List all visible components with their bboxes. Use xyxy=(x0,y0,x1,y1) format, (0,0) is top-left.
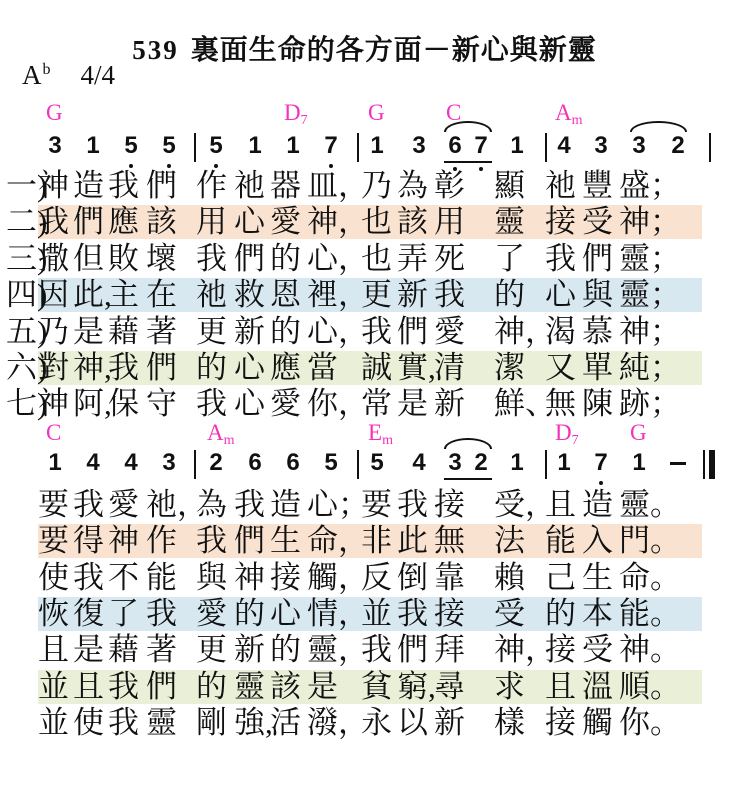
lyric-char: 靈 xyxy=(234,669,265,705)
lyric-char: 乃 xyxy=(38,314,69,350)
lyric-char: 觸 xyxy=(582,705,613,741)
hymn-sheet: 539裏面生命的各方面－新心與新靈 Ab4/4 GD7GCAm 31555117… xyxy=(0,0,729,796)
lyric-char: 的 xyxy=(270,632,301,668)
lyric-char: 們 xyxy=(146,669,177,705)
note-digit: 6 xyxy=(442,131,468,161)
lyric-char: 豐 xyxy=(582,168,613,204)
lyric-char: 我 xyxy=(146,596,177,632)
lyric-char: 更 xyxy=(196,314,227,350)
note-digit: 1 xyxy=(80,131,106,161)
lyric-char: 剛 xyxy=(196,705,227,741)
lyric-char: 無 xyxy=(434,523,465,559)
lyric-char: 的 xyxy=(545,596,576,632)
lyric-char: 用 xyxy=(196,204,227,240)
lyric-char: 當 xyxy=(307,350,338,386)
lyric-char: 要 xyxy=(38,523,69,559)
note-digit: 6 xyxy=(242,448,268,478)
lyric-char: 靈 xyxy=(146,705,177,741)
lyric-char: 我 xyxy=(196,523,227,559)
verse-row: 並使我靈剛強,活潑，永以新樣接觸你。 xyxy=(0,705,729,741)
lyric-char: 靈。 xyxy=(619,487,681,523)
verse-row: 六)對神,我們的心應當誠實,清潔又單純； xyxy=(0,350,729,386)
lyric-char: 主 xyxy=(108,277,139,313)
lyric-char: 生 xyxy=(270,523,301,559)
lyric-char: 受 xyxy=(494,596,525,632)
lyric-char: 窮, xyxy=(397,669,436,705)
key-signature: Ab4/4 xyxy=(22,60,115,91)
note-digit: 1 xyxy=(42,448,68,478)
verse-row: 二)我們應該用心愛神，也該用靈接受神； xyxy=(0,204,729,240)
lyric-char: 要 xyxy=(361,487,392,523)
verse-row: 恢復了我愛的心情，並我接受的本能。 xyxy=(0,596,729,632)
chord-label: D7 xyxy=(284,100,308,129)
note-digit: 7 xyxy=(588,448,614,478)
lyric-char: 心， xyxy=(307,314,369,350)
lyric-char: 命。 xyxy=(619,560,681,596)
lyric-char: 接 xyxy=(545,204,576,240)
lyric-char: 法 xyxy=(494,523,525,559)
lyric-char: 的 xyxy=(196,350,227,386)
lyric-char: 我 xyxy=(234,487,265,523)
note-digit: 4 xyxy=(406,448,432,478)
lyric-char: 你， xyxy=(307,386,369,422)
lyric-char: 神 xyxy=(234,560,265,596)
note-digit: 5 xyxy=(203,131,229,161)
lyric-char: 神； xyxy=(619,204,681,240)
verse-row: 要得神作我們生命，非此無法能入門。 xyxy=(0,523,729,559)
lyric-char: 神 xyxy=(108,523,139,559)
lyric-char: 與 xyxy=(196,560,227,596)
chord-suffix: m xyxy=(224,433,235,448)
lyric-char: 心 xyxy=(545,277,576,313)
lyric-char: 又 xyxy=(545,350,576,386)
lyric-char: 心 xyxy=(270,596,301,632)
lyric-char: 新 xyxy=(234,632,265,668)
lyric-char: 神 xyxy=(38,168,69,204)
lyric-char: 是 xyxy=(397,386,428,422)
lyric-char: 救 xyxy=(234,277,265,313)
lyric-char: 心 xyxy=(234,386,265,422)
lyric-char: 樣 xyxy=(494,705,525,741)
lyric-char: 且 xyxy=(38,632,69,668)
chord-suffix: m xyxy=(382,433,393,448)
lyric-char: 接 xyxy=(434,487,465,523)
note-digit: 1 xyxy=(364,131,390,161)
lyric-char: 能。 xyxy=(619,596,681,632)
lyric-char: 生 xyxy=(582,560,613,596)
note-digit: 3 xyxy=(626,131,652,161)
lyric-char: 造 xyxy=(582,487,613,523)
chord-label: D7 xyxy=(555,420,579,449)
lyric-char: 且 xyxy=(545,487,576,523)
lyric-char: 乃 xyxy=(361,168,392,204)
note-digit: 3 xyxy=(442,448,468,478)
lyric-char: 敗 xyxy=(108,241,139,277)
lyric-char: 觸， xyxy=(307,560,369,596)
lyric-char: 我 xyxy=(73,487,104,523)
eighth-beam xyxy=(444,478,492,480)
lyric-char: 拜 xyxy=(434,632,465,668)
chord-label: G xyxy=(46,100,63,126)
lyric-char: 慕 xyxy=(582,314,613,350)
lyric-char: 此, xyxy=(73,277,112,313)
lyric-char: 本 xyxy=(582,596,613,632)
lyric-char: 我 xyxy=(196,241,227,277)
lyric-char: 新 xyxy=(397,277,428,313)
lyric-char: 貧 xyxy=(361,669,392,705)
lyric-char: 彰 xyxy=(434,168,465,204)
chord-suffix: 7 xyxy=(301,113,308,128)
lyric-char: 渴 xyxy=(545,314,576,350)
note-digit: 5 xyxy=(156,131,182,161)
lyric-char: 神 xyxy=(38,386,69,422)
lyric-char: 並 xyxy=(38,669,69,705)
lyric-char: 愛 xyxy=(108,487,139,523)
lyric-char: 接 xyxy=(545,705,576,741)
lyric-char: 我 xyxy=(108,350,139,386)
verse-row: 五)乃是藉著更新的心，我們愛神，渴慕神； xyxy=(0,314,729,350)
note-digit: 3 xyxy=(42,131,68,161)
chord-label: C xyxy=(46,420,61,446)
note-digit: 7 xyxy=(468,131,494,161)
lyric-char: 清 xyxy=(434,350,465,386)
lyric-char: 為 xyxy=(397,168,428,204)
lyric-char: 藉 xyxy=(108,314,139,350)
time-signature: 4/4 xyxy=(81,60,116,90)
lyric-char: 們 xyxy=(146,350,177,386)
lyric-char: 愛 xyxy=(434,314,465,350)
lyric-char: 尋 xyxy=(434,669,465,705)
lyric-char: 靈 xyxy=(494,204,525,240)
lyric-char: 恢 xyxy=(38,596,69,632)
note-digit: 2 xyxy=(665,131,691,161)
lyric-char: 愛 xyxy=(270,386,301,422)
note-digit: 1 xyxy=(551,448,577,478)
lyric-char: 著 xyxy=(146,632,177,668)
note-digit: 1 xyxy=(280,131,306,161)
lyric-char: 我 xyxy=(361,314,392,350)
lyric-char: 的 xyxy=(234,596,265,632)
lyric-char: 們 xyxy=(234,523,265,559)
lyric-char: 們 xyxy=(73,204,104,240)
lyric-char: 們 xyxy=(397,632,428,668)
verse-row: 並且我們的靈該是貧窮,尋求且溫順。 xyxy=(0,669,729,705)
lyric-char: 作 xyxy=(146,523,177,559)
chord-suffix: m xyxy=(572,113,583,128)
lyric-char: 神, xyxy=(73,350,112,386)
lyric-char: 藉 xyxy=(108,632,139,668)
eighth-beam xyxy=(444,161,492,163)
lyric-char: 常 xyxy=(361,386,392,422)
lyric-char: 且 xyxy=(73,669,104,705)
note-digit: 3 xyxy=(406,131,432,161)
lyric-char: 的 xyxy=(270,241,301,277)
lyric-char: 接 xyxy=(545,632,576,668)
lyric-char: 的 xyxy=(494,277,525,313)
verse-row: 使我不能與神接觸，反倒靠賴己生命。 xyxy=(0,560,729,596)
lyric-char: 復 xyxy=(73,596,104,632)
lyric-char: 己 xyxy=(545,560,576,596)
lyric-char: 實, xyxy=(397,350,436,386)
lyric-char: 但 xyxy=(73,241,104,277)
lyric-char: 們 xyxy=(146,168,177,204)
note-digit: 2 xyxy=(468,448,494,478)
lyric-char: 要 xyxy=(38,487,69,523)
lyric-char: 裡， xyxy=(307,277,369,313)
lyric-char: 造 xyxy=(73,168,104,204)
lyric-char: 器 xyxy=(270,168,301,204)
chord-line-1: GD7GCAm xyxy=(0,100,729,126)
lyric-char: 心 xyxy=(234,350,265,386)
lyric-char: 你。 xyxy=(619,705,681,741)
verse-row: 七)神阿,保守我心愛你，常是新鮮、無陳跡； xyxy=(0,386,729,422)
verse-row: 要我愛祂，為我造心；要我接受，且造靈。 xyxy=(0,487,729,523)
note-digit: 4 xyxy=(551,131,577,161)
lyric-char: 新 xyxy=(434,386,465,422)
lyric-char: 更 xyxy=(361,277,392,313)
lyric-char: 是 xyxy=(307,669,338,705)
lyric-char: 入 xyxy=(582,523,613,559)
lyric-char: 新 xyxy=(434,705,465,741)
lyric-char: 皿， xyxy=(307,168,369,204)
lyric-char: 不 xyxy=(108,560,139,596)
verse-row: 且是藉著更新的靈，我們拜神，接受神。 xyxy=(0,632,729,668)
lyric-char: 祂 xyxy=(196,277,227,313)
lyric-char: 求 xyxy=(494,669,525,705)
lyric-char: 永 xyxy=(361,705,392,741)
lyric-char: 們 xyxy=(582,241,613,277)
lyric-char: 我 xyxy=(38,204,69,240)
note-digit: 1 xyxy=(626,448,652,478)
lyric-char: 新 xyxy=(234,314,265,350)
lyric-char: 也 xyxy=(361,241,392,277)
lyric-char: 們 xyxy=(234,241,265,277)
lyric-char: 因 xyxy=(38,277,69,313)
lyric-char: 祂 xyxy=(234,168,265,204)
chord-label: Em xyxy=(368,420,393,449)
lyric-char: 該 xyxy=(397,204,428,240)
lyric-char: 為 xyxy=(196,487,227,523)
key-letter: A xyxy=(22,60,42,90)
lyric-char: 我 xyxy=(108,705,139,741)
barline xyxy=(357,450,359,479)
lyric-char: 顯 xyxy=(494,168,525,204)
dash-note xyxy=(670,462,686,465)
lyric-char: 誠 xyxy=(361,350,392,386)
lyric-char: 愛 xyxy=(270,204,301,240)
verse-row: 一)神造我們作祂器皿，乃為彰顯祂豐盛； xyxy=(0,168,729,204)
lyric-char: 潑， xyxy=(307,705,369,741)
lyric-char: 賴 xyxy=(494,560,525,596)
lyric-char: 且 xyxy=(545,669,576,705)
barline xyxy=(194,450,196,479)
lyric-char: 應 xyxy=(108,204,139,240)
lyric-char: 我 xyxy=(108,669,139,705)
lyric-char: 祂 xyxy=(545,168,576,204)
lyric-char: 我 xyxy=(196,386,227,422)
lyric-char: 門。 xyxy=(619,523,681,559)
lyric-char: 了 xyxy=(494,241,525,277)
barline xyxy=(545,450,547,479)
lyric-char: 陳 xyxy=(582,386,613,422)
note-digit: 6 xyxy=(280,448,306,478)
chord-suffix: 7 xyxy=(572,433,579,448)
note-digit: 7 xyxy=(318,131,344,161)
note-digit: 1 xyxy=(504,448,530,478)
lyric-char: 靠 xyxy=(434,560,465,596)
note-digit: 3 xyxy=(588,131,614,161)
barline xyxy=(357,133,359,162)
lyric-char: 我 xyxy=(397,487,428,523)
note-digit: 5 xyxy=(118,131,144,161)
hymn-number: 539 xyxy=(132,35,179,65)
lyric-char: 保 xyxy=(108,386,139,422)
lyric-char: 了 xyxy=(108,596,139,632)
lyric-char: 造 xyxy=(270,487,301,523)
lyric-char: 強, xyxy=(234,705,273,741)
lyric-char: 接 xyxy=(434,596,465,632)
lyric-char: 該 xyxy=(146,204,177,240)
chord-label: Am xyxy=(555,100,583,129)
lyric-char: 撒 xyxy=(38,241,69,277)
lyric-char: 守 xyxy=(146,386,177,422)
lyric-char: 的 xyxy=(270,314,301,350)
lyric-char: 反 xyxy=(361,560,392,596)
flat-symbol: b xyxy=(43,61,51,78)
lyric-char: 順。 xyxy=(619,669,681,705)
lyric-char: 盛； xyxy=(619,168,681,204)
note-digit: 2 xyxy=(203,448,229,478)
lyric-char: 接 xyxy=(270,560,301,596)
lyric-char: 靈； xyxy=(619,241,681,277)
lyric-char: 此 xyxy=(397,523,428,559)
lyric-char: 愛 xyxy=(196,596,227,632)
lyric-char: 的 xyxy=(196,669,227,705)
final-barline-thick xyxy=(709,450,715,479)
lyric-char: 恩 xyxy=(270,277,301,313)
lyric-char: 是 xyxy=(73,314,104,350)
lyric-char: 著 xyxy=(146,314,177,350)
final-barline-thin xyxy=(703,450,705,479)
lyric-char: 心； xyxy=(307,487,369,523)
note-digit: 5 xyxy=(318,448,344,478)
lyric-char: 無 xyxy=(545,386,576,422)
lyric-char: 得 xyxy=(73,523,104,559)
lyric-char: 應 xyxy=(270,350,301,386)
lyric-char: 活 xyxy=(270,705,301,741)
chord-label: G xyxy=(368,100,385,126)
chord-line-2: CAmEmD7G xyxy=(0,420,729,446)
lyric-char: 神， xyxy=(307,204,369,240)
lyric-char: 溫 xyxy=(582,669,613,705)
lyric-char: 更 xyxy=(196,632,227,668)
lyric-char: 並 xyxy=(361,596,392,632)
lyric-char: 在 xyxy=(146,277,177,313)
lyric-char: 阿, xyxy=(73,386,112,422)
lyric-char: 潔 xyxy=(494,350,525,386)
lyric-char: 命， xyxy=(307,523,369,559)
lyric-char: 跡； xyxy=(619,386,681,422)
lyric-char: 非 xyxy=(361,523,392,559)
lyric-char: 以 xyxy=(397,705,428,741)
lyric-char: 心， xyxy=(307,241,369,277)
barline xyxy=(545,133,547,162)
lyric-char: 我 xyxy=(361,632,392,668)
lyric-char: 用 xyxy=(434,204,465,240)
lyric-char: 神； xyxy=(619,314,681,350)
lyric-char: 並 xyxy=(38,705,69,741)
lyric-char: 作 xyxy=(196,168,227,204)
hymn-title-text: 裏面生命的各方面－新心與新靈 xyxy=(191,35,597,66)
lyric-char: 我 xyxy=(545,241,576,277)
octave-dot xyxy=(599,481,603,485)
lyric-char: 與 xyxy=(582,277,613,313)
note-digit: 3 xyxy=(156,448,182,478)
chord-label: G xyxy=(630,420,647,446)
lyric-char: 死 xyxy=(434,241,465,277)
note-digit: 1 xyxy=(504,131,530,161)
lyric-char: 受 xyxy=(582,204,613,240)
lyric-char: 神。 xyxy=(619,632,681,668)
lyric-char: 我 xyxy=(108,168,139,204)
note-digit: 5 xyxy=(364,448,390,478)
lyric-char: 使 xyxy=(38,560,69,596)
lyric-char: 我 xyxy=(73,560,104,596)
lyric-char: 壞 xyxy=(146,241,177,277)
note-digit: 1 xyxy=(242,131,268,161)
lyric-char: 能 xyxy=(146,560,177,596)
lyric-char: 弄 xyxy=(397,241,428,277)
lyric-char: 倒 xyxy=(397,560,428,596)
lyric-char: 能 xyxy=(545,523,576,559)
verse-row: 三)撒但敗壞我們的心，也弄死了我們靈； xyxy=(0,241,729,277)
lyric-char: 情， xyxy=(307,596,369,632)
lyric-char: 純； xyxy=(619,350,681,386)
note-digit: 4 xyxy=(80,448,106,478)
lyric-char: 也 xyxy=(361,204,392,240)
lyric-char: 是 xyxy=(73,632,104,668)
lyric-char: 心 xyxy=(234,204,265,240)
lyric-char: 使 xyxy=(73,705,104,741)
lyric-char: 我 xyxy=(434,277,465,313)
lyric-char: 我 xyxy=(397,596,428,632)
verse-row: 四)因此,主在祂救恩裡，更新我的心與靈； xyxy=(0,277,729,313)
barline xyxy=(194,133,196,162)
note-digit: 4 xyxy=(118,448,144,478)
lyric-char: 們 xyxy=(397,314,428,350)
lyric-char: 對 xyxy=(38,350,69,386)
lyric-char: 受 xyxy=(582,632,613,668)
lyric-char: 單 xyxy=(582,350,613,386)
lyric-char: 靈； xyxy=(619,277,681,313)
chord-label: Am xyxy=(207,420,235,449)
lyric-char: 靈， xyxy=(307,632,369,668)
barline xyxy=(709,133,711,162)
lyric-char: 該 xyxy=(270,669,301,705)
